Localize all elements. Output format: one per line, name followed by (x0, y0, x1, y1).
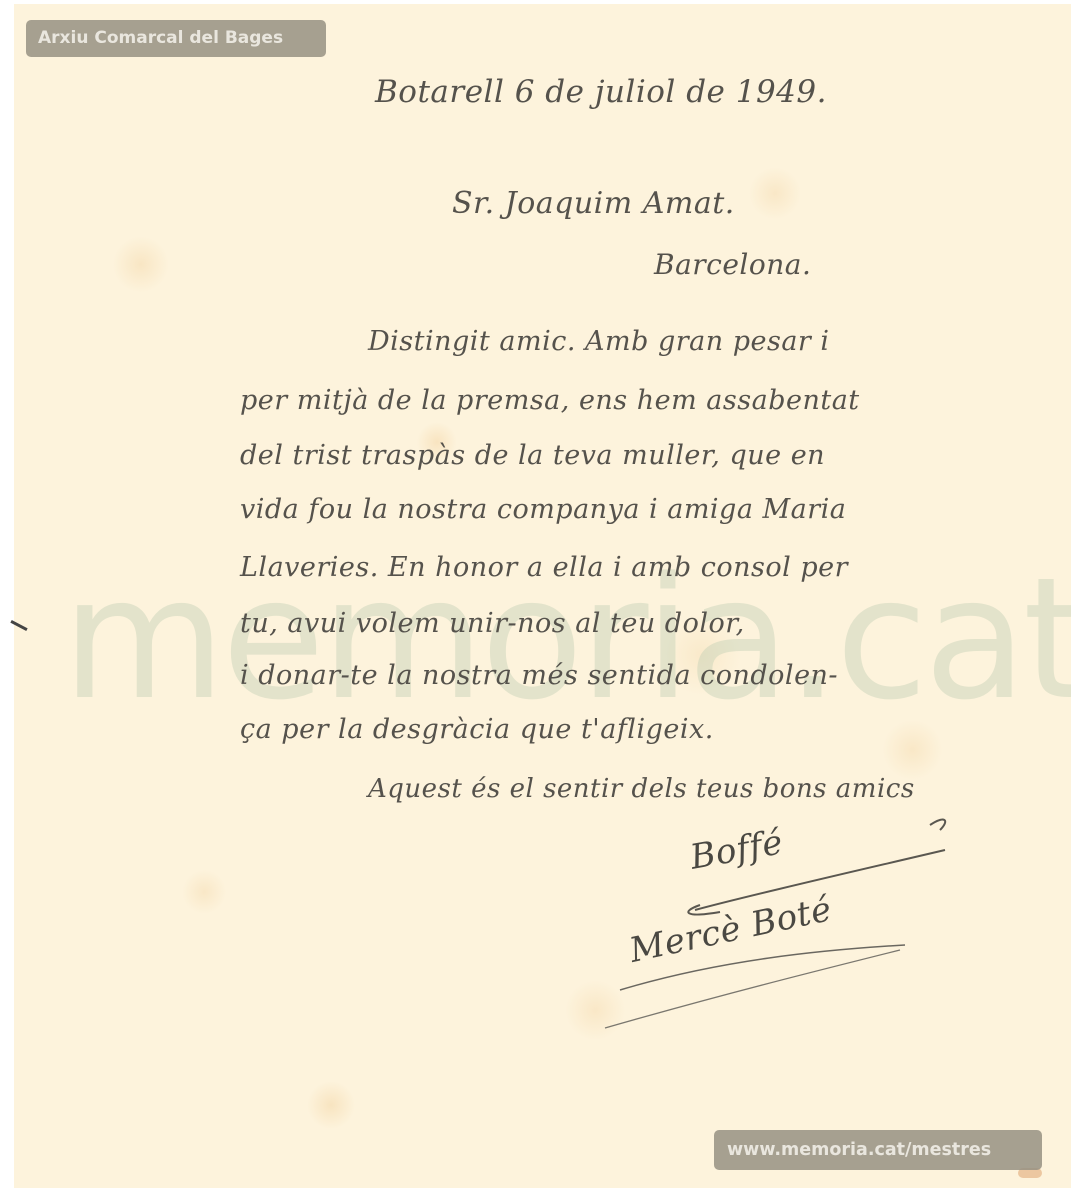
body-line: i donar-te la nostra més sentida condole… (240, 660, 838, 691)
recipient-name: Sr. Joaquim Amat. (452, 186, 735, 221)
site-url-badge[interactable]: www.memoria.cat/mestres (714, 1130, 1042, 1170)
body-line: ça per la desgràcia que t'afligeix. (240, 714, 714, 745)
body-line: vida fou la nostra companya i amiga Mari… (240, 494, 846, 525)
body-line: tu, avui volem unir-nos al teu dolor, (240, 608, 745, 639)
body-line: Distingit amic. Amb gran pesar i (368, 326, 830, 357)
body-line: Llaveries. En honor a ella i amb consol … (240, 552, 848, 583)
body-line: per mitjà de la premsa, ens hem assabent… (240, 385, 860, 416)
recipient-city: Barcelona. (654, 248, 811, 281)
archive-label-badge: Arxiu Comarcal del Bages (26, 20, 326, 57)
body-line: del trist traspàs de la teva muller, que… (240, 440, 825, 471)
letter-date: Botarell 6 de juliol de 1949. (375, 74, 827, 110)
